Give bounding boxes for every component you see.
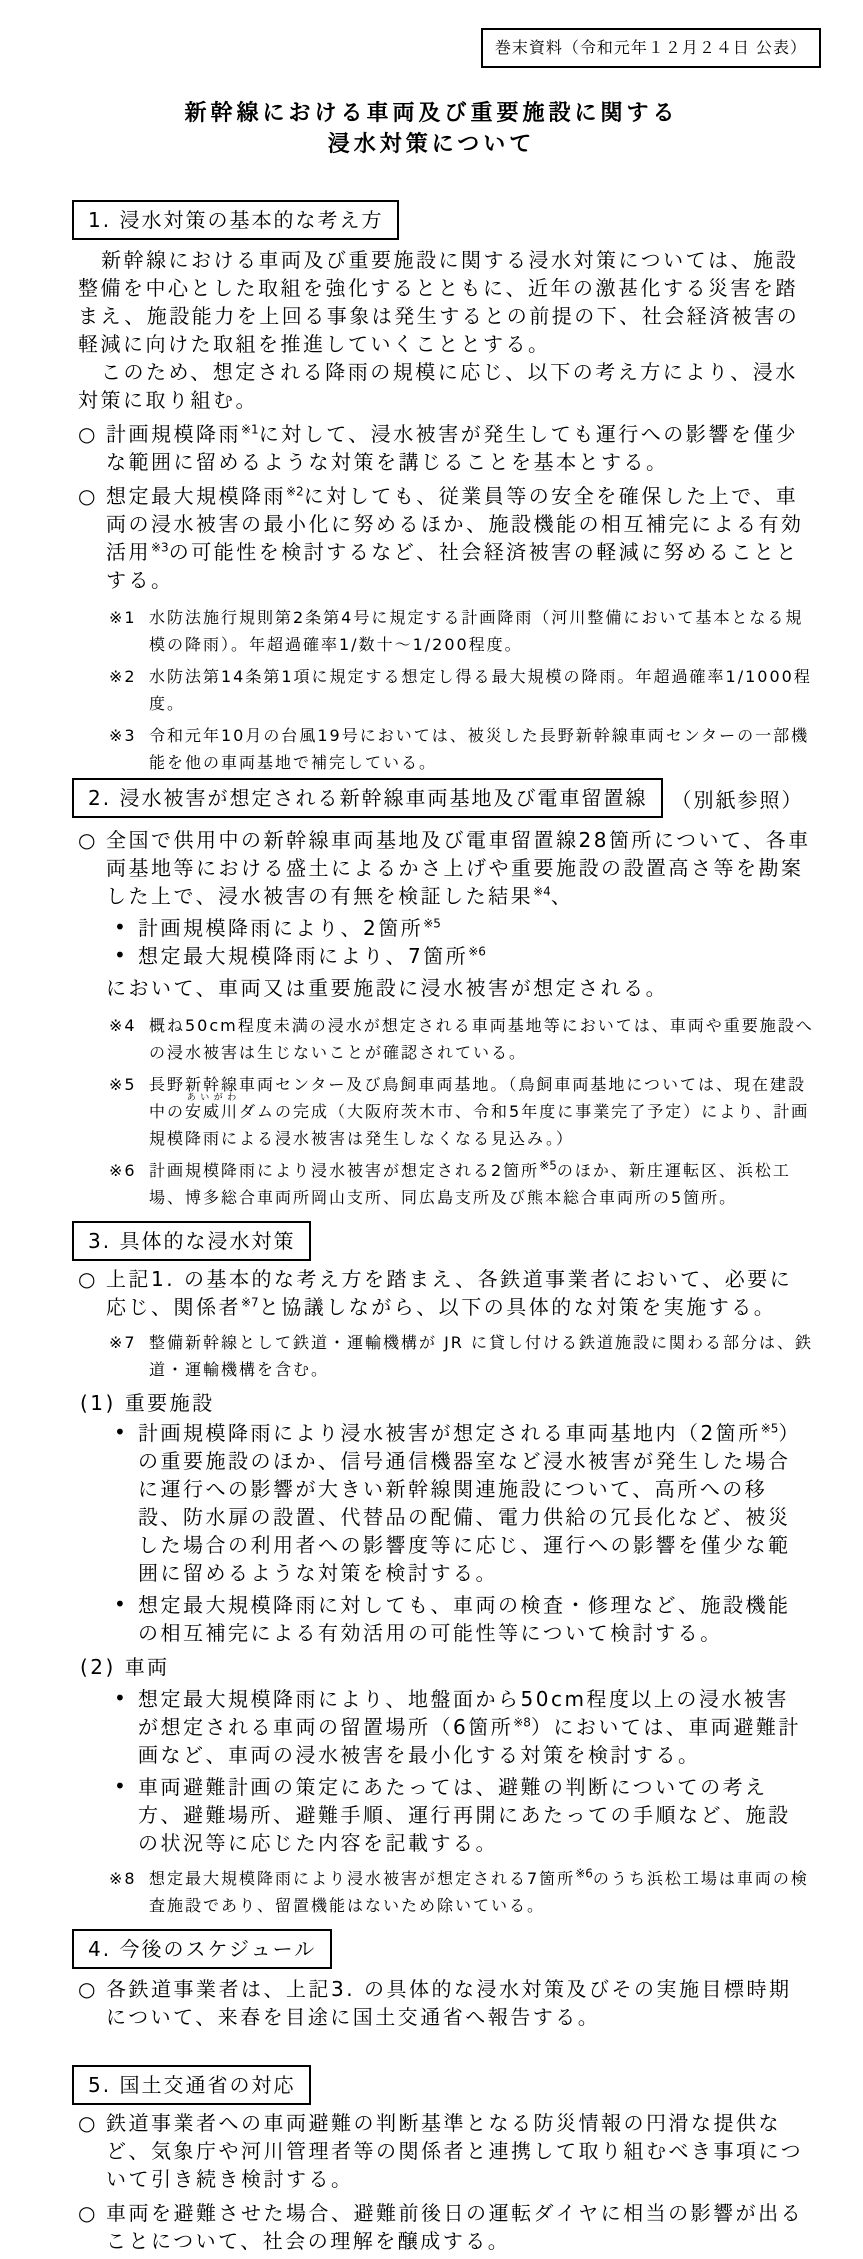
- section-4-circle-item-1: ○ 各鉄道事業者は、上記3. の具体的な浸水対策及びその実施目標時期について、来…: [78, 1975, 813, 2031]
- bullet-marker: •: [114, 941, 128, 969]
- footnote-marker: ※5: [109, 1071, 137, 1098]
- footnote-3: ※3 令和元年10月の台風19号においては、被災した長野新幹線車両センターの一部…: [109, 722, 815, 776]
- document-page: 巻末資料（令和元年１２月２４日 公表） 新幹線における車両及び重要施設に関する …: [0, 0, 863, 2259]
- bullet-marker: •: [114, 1418, 128, 1446]
- item-text: 想定最大規模降雨により、地盤面から50cm程度以上の浸水被害が想定される車両の留…: [138, 1687, 801, 1767]
- section-1-heading: 1. 浸水対策の基本的な考え方: [72, 200, 399, 240]
- ruby-aigawa: 安威川あいがわ: [185, 1102, 239, 1121]
- section-2-continuation: において、車両又は重要施設に浸水被害が想定される。: [106, 974, 811, 1002]
- subsection-1-bullet-2: • 想定最大規模降雨に対しても、車両の検査・修理など、施設機能の相互補完による有…: [112, 1591, 811, 1647]
- footnote-ref-5: ※5: [761, 1421, 779, 1435]
- footnote-text: 整備新幹線として鉄道・運輸機構が JR に貸し付ける鉄道施設に関わる部分は、鉄道…: [149, 1333, 813, 1379]
- section-3-heading: 3. 具体的な浸水対策: [72, 1221, 311, 1261]
- bullet-marker: •: [114, 913, 128, 941]
- section-5-circle-item-1: ○ 鉄道事業者への車両避難の判断基準となる防災情報の円滑な提供など、気象庁や河川…: [78, 2109, 813, 2193]
- circle-marker: ○: [78, 420, 98, 448]
- section-2-circle-item-1: ○ 全国で供用中の新幹線車両基地及び電車留置線28箇所について、各車両基地等にお…: [78, 826, 813, 910]
- item-text: 車両を避難させた場合、避難前後日の運転ダイヤに相当の影響が出ることについて、社会…: [106, 2201, 803, 2253]
- footnote-marker: ※1: [109, 604, 137, 631]
- section-3-heading-row: 3. 具体的な浸水対策: [72, 1221, 863, 1261]
- subsection-2-bullet-2: • 車両避難計画の策定にあたっては、避難の判断についての考え方、避難場所、避難手…: [112, 1773, 811, 1857]
- circle-marker: ○: [78, 1265, 98, 1293]
- text-run: の可能性を検討するなど、社会経済被害の軽減に努めることとする。: [106, 540, 799, 592]
- document-title: 新幹線における車両及び重要施設に関する 浸水対策について: [0, 0, 863, 160]
- section-2-bullet-1: • 計画規模降雨により、2箇所※5: [112, 914, 811, 942]
- bullet-marker: •: [114, 1684, 128, 1712]
- section-1-paragraph-1: 新幹線における車両及び重要施設に関する浸水対策については、施設整備を中心とした取…: [78, 246, 813, 358]
- section-2-heading-row: 2. 浸水被害が想定される新幹線車両基地及び電車留置線（別紙参照）: [72, 778, 863, 818]
- subsection-2-label: (2) 車両: [80, 1653, 863, 1681]
- circle-marker: ○: [78, 2109, 98, 2137]
- footnote-5: ※5 長野新幹線車両センター及び鳥飼車両基地。（鳥飼車両基地については、現在建設…: [109, 1071, 815, 1152]
- section-1-heading-row: 1. 浸水対策の基本的な考え方: [72, 200, 863, 240]
- footnote-text: 計画規模降雨により浸水被害が想定される2箇所※5のほか、新庄運転区、浜松工場、博…: [149, 1161, 791, 1207]
- text-run: 想定最大規模降雨により、7箇所: [138, 944, 468, 968]
- footnote-ref-6: ※6: [575, 1867, 593, 1881]
- title-line-2: 浸水対策について: [0, 129, 863, 160]
- item-text: 全国で供用中の新幹線車両基地及び電車留置線28箇所について、各車両基地等における…: [106, 828, 811, 908]
- text-run: 計画規模降雨により浸水被害が想定される2箇所: [149, 1161, 539, 1180]
- footnote-ref-7: ※7: [241, 1295, 259, 1309]
- footnote-text: 想定最大規模降雨により浸水被害が想定される7箇所※6のうち浜松工場は車両の検査施…: [149, 1869, 809, 1915]
- footnote-text: 水防法第14条第1項に規定する想定し得る最大規模の降雨。年超過確率1/1000程…: [149, 667, 812, 713]
- footnote-marker: ※3: [109, 722, 137, 749]
- footnote-ref-3: ※3: [151, 540, 169, 554]
- footnote-marker: ※8: [109, 1865, 137, 1892]
- footnote-text: 概ね50cm程度未満の浸水が想定される車両基地等においては、車両や重要施設への浸…: [149, 1016, 814, 1062]
- footnote-marker: ※6: [109, 1157, 137, 1184]
- footnote-marker: ※2: [109, 663, 137, 690]
- item-text: 想定最大規模降雨により、7箇所※6: [138, 944, 486, 968]
- text-run: 、: [551, 884, 574, 908]
- text-run: 想定最大規模降雨により浸水被害が想定される7箇所: [149, 1869, 575, 1888]
- item-text: 計画規模降雨※1に対して、浸水被害が発生しても運行への影響を僅少な範囲に留めるよ…: [106, 422, 798, 474]
- section-2-heading: 2. 浸水被害が想定される新幹線車両基地及び電車留置線: [72, 778, 663, 818]
- text-run: と協議しながら、以下の具体的な対策を実施する。: [259, 1295, 777, 1319]
- title-line-1: 新幹線における車両及び重要施設に関する: [0, 98, 863, 129]
- section-4-heading-row: 4. 今後のスケジュール: [72, 1929, 863, 1969]
- section-1-paragraph-2: このため、想定される降雨の規模に応じ、以下の考え方により、浸水対策に取り組む。: [78, 358, 813, 414]
- item-text: 計画規模降雨により浸水被害が想定される車両基地内（2箇所※5）の重要施設のほか、…: [138, 1421, 801, 1585]
- section-1-circle-item-1: ○ 計画規模降雨※1に対して、浸水被害が発生しても運行への影響を僅少な範囲に留め…: [78, 420, 813, 476]
- footnote-marker: ※7: [109, 1329, 137, 1356]
- ruby-base: 安威川: [185, 1102, 239, 1121]
- footnote-text: 水防法施行規則第2条第4号に規定する計画降雨（河川整備において基本となる規模の降…: [149, 608, 803, 654]
- footnote-4: ※4 概ね50cm程度未満の浸水が想定される車両基地等においては、車両や重要施設…: [109, 1012, 815, 1066]
- circle-marker: ○: [78, 1975, 98, 2003]
- section-4-heading: 4. 今後のスケジュール: [72, 1929, 332, 1969]
- footnote-text: 令和元年10月の台風19号においては、被災した長野新幹線車両センターの一部機能を…: [149, 726, 809, 772]
- footnote-ref-8: ※8: [513, 1715, 531, 1729]
- item-text: 鉄道事業者への車両避難の判断基準となる防災情報の円滑な提供など、気象庁や河川管理…: [106, 2111, 803, 2191]
- section-5-heading: 5. 国土交通省の対応: [72, 2065, 311, 2105]
- bullet-marker: •: [114, 1590, 128, 1618]
- text-run: 計画規模降雨により、2箇所: [138, 916, 423, 940]
- header-note-box: 巻末資料（令和元年１２月２４日 公表）: [481, 28, 821, 68]
- footnote-text: 長野新幹線車両センター及び鳥飼車両基地。（鳥飼車両基地については、現在建設中の安…: [149, 1075, 809, 1148]
- text-run: 想定最大規模降雨: [106, 484, 286, 508]
- subsection-1-bullet-1: • 計画規模降雨により浸水被害が想定される車両基地内（2箇所※5）の重要施設のほ…: [112, 1419, 811, 1587]
- ruby-reading: あいがわ: [185, 1093, 239, 1103]
- text-run: 計画規模降雨: [106, 422, 241, 446]
- circle-marker: ○: [78, 2199, 98, 2227]
- footnote-ref-2: ※2: [286, 484, 304, 498]
- text-run: 全国で供用中の新幹線車両基地及び電車留置線28箇所について、各車両基地等における…: [106, 828, 811, 908]
- subsection-2-bullet-1: • 想定最大規模降雨により、地盤面から50cm程度以上の浸水被害が想定される車両…: [112, 1685, 811, 1769]
- text-run: 計画規模降雨により浸水被害が想定される車両基地内（2箇所: [138, 1421, 761, 1445]
- footnote-8: ※8 想定最大規模降雨により浸水被害が想定される7箇所※6のうち浜松工場は車両の…: [109, 1865, 815, 1919]
- footnote-ref-6: ※6: [468, 944, 486, 958]
- section-1-circle-item-2: ○ 想定最大規模降雨※2に対しても、従業員等の安全を確保した上で、車両の浸水被害…: [78, 482, 813, 594]
- section-2-bullet-2: • 想定最大規模降雨により、7箇所※6: [112, 942, 811, 970]
- circle-marker: ○: [78, 826, 98, 854]
- footnote-2: ※2 水防法第14条第1項に規定する想定し得る最大規模の降雨。年超過確率1/10…: [109, 663, 815, 717]
- item-text: 想定最大規模降雨※2に対しても、従業員等の安全を確保した上で、車両の浸水被害の最…: [106, 484, 804, 592]
- subsection-1-label: (1) 重要施設: [80, 1389, 863, 1417]
- item-text: 車両避難計画の策定にあたっては、避難の判断についての考え方、避難場所、避難手順、…: [138, 1775, 791, 1855]
- footnote-ref-1: ※1: [241, 422, 259, 436]
- item-text: 各鉄道事業者は、上記3. の具体的な浸水対策及びその実施目標時期について、来春を…: [106, 1977, 791, 2029]
- circle-marker: ○: [78, 482, 98, 510]
- footnote-ref-5: ※5: [423, 916, 441, 930]
- section-5-circle-item-2: ○ 車両を避難させた場合、避難前後日の運転ダイヤに相当の影響が出ることについて、…: [78, 2199, 813, 2255]
- text-run: ）の重要施設のほか、信号通信機器室など浸水被害が発生した場合に運行への影響が大き…: [138, 1421, 801, 1585]
- bullet-marker: •: [114, 1772, 128, 1800]
- footnote-7: ※7 整備新幹線として鉄道・運輸機構が JR に貸し付ける鉄道施設に関わる部分は…: [109, 1329, 815, 1383]
- footnote-ref-4: ※4: [533, 884, 551, 898]
- item-text: 上記1. の基本的な考え方を踏まえ、各鉄道事業者において、必要に応じ、関係者※7…: [106, 1267, 792, 1319]
- text-run: ダムの完成（大阪府茨木市、令和5年度に事業完了予定）により、計画規模降雨による浸…: [149, 1102, 809, 1148]
- footnote-marker: ※4: [109, 1012, 137, 1039]
- item-text: 想定最大規模降雨に対しても、車両の検査・修理など、施設機能の相互補完による有効活…: [138, 1593, 791, 1645]
- section-2-heading-suffix: （別紙参照）: [671, 786, 803, 814]
- section-3-circle-item-1: ○ 上記1. の基本的な考え方を踏まえ、各鉄道事業者において、必要に応じ、関係者…: [78, 1265, 813, 1321]
- footnote-1: ※1 水防法施行規則第2条第4号に規定する計画降雨（河川整備において基本となる規…: [109, 604, 815, 658]
- item-text: 計画規模降雨により、2箇所※5: [138, 916, 441, 940]
- footnote-ref-5: ※5: [539, 1159, 557, 1173]
- section-5-heading-row: 5. 国土交通省の対応: [72, 2065, 863, 2105]
- footnote-6: ※6 計画規模降雨により浸水被害が想定される2箇所※5のほか、新庄運転区、浜松工…: [109, 1157, 815, 1211]
